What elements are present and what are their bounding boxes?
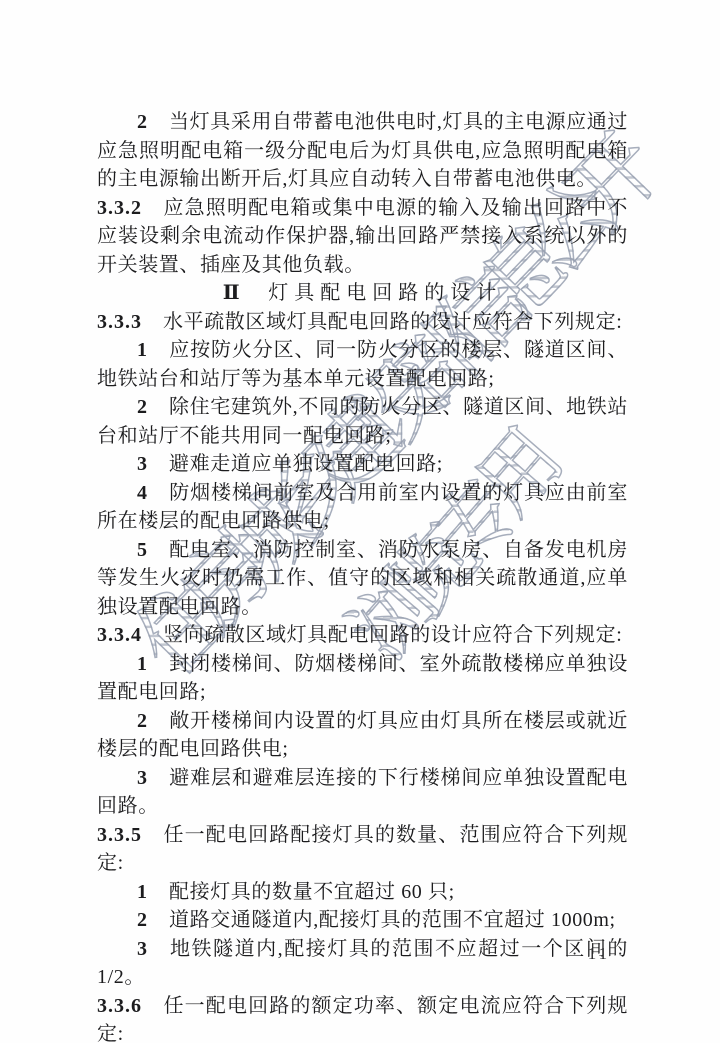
item-text: 封闭楼梯间、防烟楼梯间、室外疏散楼梯应单独设置配电回路;	[97, 653, 628, 704]
clause-paragraph: 3.3.5任一配电回路配接灯具的数量、范围应符合下列规定:	[97, 821, 628, 878]
item-number: 2	[137, 710, 148, 732]
clause-text: 水平疏散区域灯具配电回路的设计应符合下列规定:	[163, 311, 622, 333]
document-page: 住房城乡建设部信息公开 浏览专用 2当灯具采用自带蓄电池供电时,灯具的主电源应通…	[0, 0, 720, 1043]
clause-number: 3.3.3	[97, 311, 142, 333]
item-text: 配电室、消防控制室、消防水泵房、自备发电机房等发生火灾时仍需工作、值守的区域和相…	[97, 539, 628, 618]
clause-number: 3.3.4	[97, 624, 142, 646]
clause-paragraph: 3.3.2应急照明配电箱或集中电源的输入及输出回路中不应装设剩余电流动作保护器,…	[97, 194, 628, 280]
item-number: 2	[137, 396, 148, 418]
clause-item: 1配接灯具的数量不宜超过 60 只;	[97, 878, 628, 907]
item-number: 2	[137, 111, 148, 133]
item-text: 除住宅建筑外,不同的防火分区、隧道区间、地铁站台和站厅不能共用同一配电回路;	[97, 396, 628, 447]
clause-text: 任一配电回路配接灯具的数量、范围应符合下列规定:	[97, 824, 628, 875]
page-number: · 11 ·	[572, 944, 626, 964]
item-number: 4	[137, 482, 148, 504]
item-number: 3	[137, 453, 148, 475]
subsection-title: 灯具配电回路的设计	[268, 282, 502, 304]
item-number: 1	[137, 881, 148, 903]
clause-text: 应急照明配电箱或集中电源的输入及输出回路中不应装设剩余电流动作保护器,输出回路严…	[97, 197, 628, 276]
item-number: 1	[137, 653, 148, 675]
item-number: 5	[137, 539, 148, 561]
item-text: 地铁隧道内,配接灯具的范围不应超过一个区间的 1/2。	[97, 938, 628, 989]
clause-item: 2当灯具采用自带蓄电池供电时,灯具的主电源应通过应急照明配电箱一级分配电后为灯具…	[97, 108, 628, 194]
item-text: 配接灯具的数量不宜超过 60 只;	[169, 881, 455, 903]
item-number: 3	[137, 767, 148, 789]
clause-paragraph: 3.3.6任一配电回路的额定功率、额定电流应符合下列规定:	[97, 992, 628, 1043]
clause-number: 3.3.5	[97, 824, 142, 846]
clause-item: 2敞开楼梯间内设置的灯具应由灯具所在楼层或就近楼层的配电回路供电;	[97, 707, 628, 764]
clause-item: 1封闭楼梯间、防烟楼梯间、室外疏散楼梯应单独设置配电回路;	[97, 650, 628, 707]
item-text: 当灯具采用自带蓄电池供电时,灯具的主电源应通过应急照明配电箱一级分配电后为灯具供…	[97, 111, 628, 190]
item-text: 避难走道应单独设置配电回路;	[169, 453, 443, 475]
clause-number: 3.3.2	[97, 197, 142, 219]
clause-text: 竖向疏散区域灯具配电回路的设计应符合下列规定:	[163, 624, 622, 646]
item-text: 应按防火分区、同一防火分区的楼层、隧道区间、地铁站台和站厅等为基本单元设置配电回…	[97, 339, 628, 390]
item-text: 道路交通隧道内,配接灯具的范围不宜超过 1000m;	[169, 909, 616, 931]
clause-number: 3.3.6	[97, 995, 142, 1017]
clause-item: 3避难层和避难层连接的下行楼梯间应单独设置配电回路。	[97, 764, 628, 821]
subsection-heading: Ⅱ灯具配电回路的设计	[97, 279, 628, 308]
item-text: 防烟楼梯间前室及合用前室内设置的灯具应由前室所在楼层的配电回路供电;	[97, 482, 628, 533]
clause-item: 2除住宅建筑外,不同的防火分区、隧道区间、地铁站台和站厅不能共用同一配电回路;	[97, 393, 628, 450]
clause-item: 4防烟楼梯间前室及合用前室内设置的灯具应由前室所在楼层的配电回路供电;	[97, 479, 628, 536]
clause-text: 任一配电回路的额定功率、额定电流应符合下列规定:	[97, 995, 628, 1043]
item-text: 避难层和避难层连接的下行楼梯间应单独设置配电回路。	[97, 767, 628, 818]
clause-paragraph: 3.3.4竖向疏散区域灯具配电回路的设计应符合下列规定:	[97, 621, 628, 650]
clause-item: 1应按防火分区、同一防火分区的楼层、隧道区间、地铁站台和站厅等为基本单元设置配电…	[97, 336, 628, 393]
item-number: 1	[137, 339, 148, 361]
clause-item: 3地铁隧道内,配接灯具的范围不应超过一个区间的 1/2。	[97, 935, 628, 992]
item-number: 3	[137, 938, 148, 960]
subsection-numeral: Ⅱ	[223, 282, 240, 304]
clause-item: 2道路交通隧道内,配接灯具的范围不宜超过 1000m;	[97, 906, 628, 935]
item-number: 2	[137, 909, 148, 931]
clause-paragraph: 3.3.3水平疏散区域灯具配电回路的设计应符合下列规定:	[97, 308, 628, 337]
clause-item: 3避难走道应单独设置配电回路;	[97, 450, 628, 479]
clause-item: 5配电室、消防控制室、消防水泵房、自备发电机房等发生火灾时仍需工作、值守的区域和…	[97, 536, 628, 622]
page-text-block: 2当灯具采用自带蓄电池供电时,灯具的主电源应通过应急照明配电箱一级分配电后为灯具…	[97, 108, 628, 1043]
item-text: 敞开楼梯间内设置的灯具应由灯具所在楼层或就近楼层的配电回路供电;	[97, 710, 628, 761]
